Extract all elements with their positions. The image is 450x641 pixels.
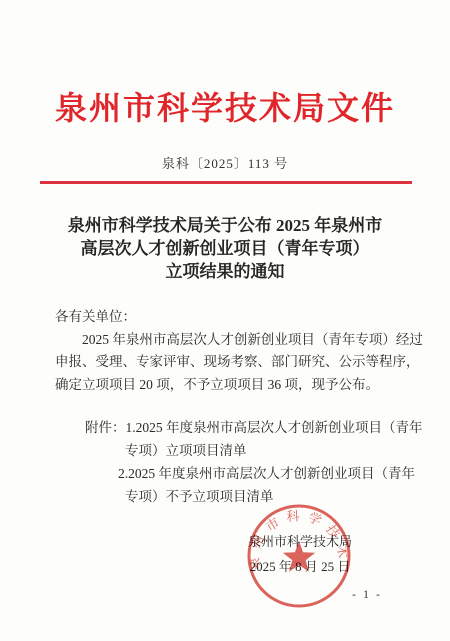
body-line-2: 申报、受理、专家评审、现场考察、部门研究、公示等程序， xyxy=(55,351,415,374)
document-page: 泉州市科学技术局文件 泉科〔2025〕113 号 泉州市科学技术局关于公布 20… xyxy=(0,0,450,641)
attachments-list: 附件：1.2025 年度泉州市高层次人才创新创业项目（青年 专项）立项项目清单 … xyxy=(85,416,425,508)
salutation: 各有关单位： xyxy=(55,306,415,329)
attachment-item-2-line-2: 专项）不予立项项目清单 xyxy=(125,485,425,508)
signature-date: 2025 年 8 月 25 日 xyxy=(225,554,375,579)
attachment-item-2-line-1: 2.2025 年度泉州市高层次人才创新创业项目（青年 xyxy=(118,462,425,485)
signature-block: 泉州市科学技术局 2025 年 8 月 25 日 xyxy=(225,529,375,579)
attachments-label: 附件： xyxy=(85,420,126,435)
attachment-item-1-line-1: 附件：1.2025 年度泉州市高层次人才创新创业项目（青年 xyxy=(85,416,425,439)
red-divider-line xyxy=(40,181,412,184)
document-title-line-2: 高层次人才创新创业项目（青年专项） xyxy=(0,237,450,260)
document-title-line-1: 泉州市科学技术局关于公布 2025 年泉州市 xyxy=(0,214,450,237)
body-line-3: 确定立项项目 20 项，不予立项项目 36 项，现予公布。 xyxy=(55,374,415,397)
page-number: - 1 - xyxy=(352,587,382,602)
document-title-line-3: 立项结果的通知 xyxy=(0,260,450,283)
attachment-1-text: 1.2025 年度泉州市高层次人才创新创业项目（青年 xyxy=(126,420,423,435)
document-number: 泉科〔2025〕113 号 xyxy=(0,153,450,172)
signature-agency: 泉州市科学技术局 xyxy=(225,529,375,554)
body-text: 各有关单位： 2025 年泉州市高层次人才创新创业项目（青年专项）经过 申报、受… xyxy=(55,306,415,396)
letterhead-agency-title: 泉州市科学技术局文件 xyxy=(0,92,450,124)
body-line-1: 2025 年泉州市高层次人才创新创业项目（青年专项）经过 xyxy=(55,329,415,352)
attachment-item-1-line-2: 专项）立项项目清单 xyxy=(125,439,425,462)
document-title: 泉州市科学技术局关于公布 2025 年泉州市 高层次人才创新创业项目（青年专项）… xyxy=(0,214,450,283)
